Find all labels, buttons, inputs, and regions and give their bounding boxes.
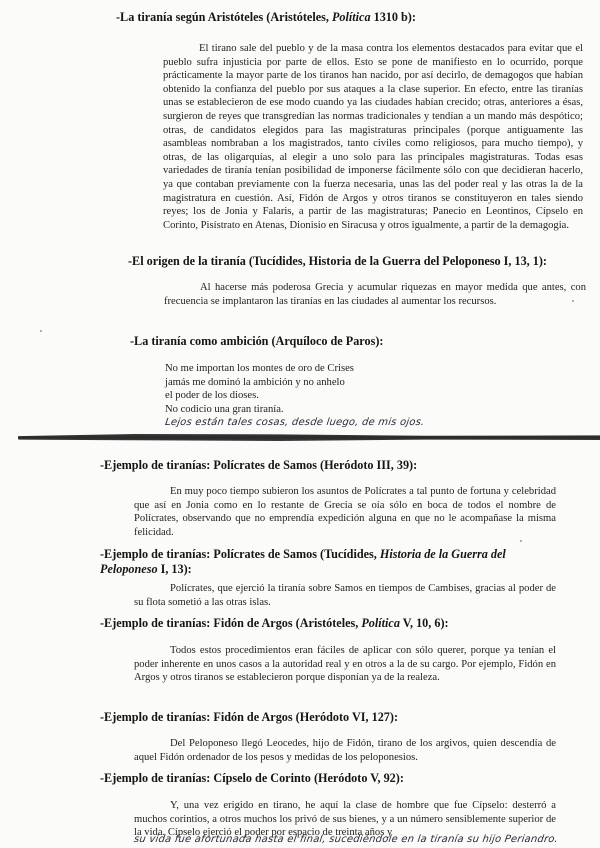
section-heading-fidon-aristoteles: -Ejemplo de tiranías: Fidón de Argos (Ar… <box>100 616 449 631</box>
heading-text: -La tiranía según Aristóteles (Aristótel… <box>116 10 332 24</box>
scan-speck <box>560 130 562 132</box>
heading-text: -Ejemplo de tiranías: Cípselo de Corinto… <box>100 771 404 785</box>
handwritten-annotation: Lejos están tales cosas, desde luego, de… <box>164 416 425 430</box>
section-paragraph-policrates-herodoto: En muy poco tiempo subieron los asuntos … <box>134 485 556 539</box>
section-heading-policrates-herodoto: -Ejemplo de tiranías: Polícrates de Samo… <box>100 458 417 473</box>
section-paragraph-fidon-herodoto: Del Peloponeso llegó Leocedes, hijo de F… <box>134 737 556 764</box>
heading-italic-text: Política <box>361 616 400 630</box>
section-paragraph-origen: Al hacerse más poderosa Grecia y acumula… <box>164 281 586 308</box>
heading-text: -Ejemplo de tiranías: Polícrates de Samo… <box>100 458 417 472</box>
heading-italic-text: Política <box>332 10 371 24</box>
verse-block: No me importan los montes de oro de Cris… <box>165 362 424 430</box>
heading-text: 1310 b): <box>371 10 416 24</box>
heading-text: -Ejemplo de tiranías: Fidón de Argos (He… <box>100 710 398 724</box>
heading-text: V, 10, 6): <box>400 616 449 630</box>
section-heading-policrates-tucidides: -Ejemplo de tiranías: Polícrates de Samo… <box>100 547 560 577</box>
section-paragraph-fidon-aristoteles: Todos estos procedimientos eran fáciles … <box>134 644 556 685</box>
heading-italic-text: Peloponeso <box>100 562 158 576</box>
paragraph-text: Polícrates, que ejerció la tiranía sobre… <box>134 583 556 608</box>
scan-speck <box>40 330 42 332</box>
verse-line: No codicio una gran tiranía. <box>165 403 424 417</box>
heading-text: I, 13): <box>158 562 192 576</box>
verse-line: jamás me dominó la ambición y no anhelo <box>165 376 424 390</box>
paragraph-text: Y, una vez erigido en tirano, he aquí la… <box>134 800 556 838</box>
handwritten-annotation: su vida fue afortunada hasta el final, s… <box>133 834 558 845</box>
paragraph-text: En muy poco tiempo subieron los asuntos … <box>134 486 556 538</box>
heading-text: -Ejemplo de tiranías: Fidón de Argos (Ar… <box>100 616 361 630</box>
heading-text: -Ejemplo de tiranías: Polícrates de Samo… <box>100 547 380 561</box>
paragraph-text: Al hacerse más poderosa Grecia y acumula… <box>164 282 586 307</box>
section-heading-fidon-herodoto: -Ejemplo de tiranías: Fidón de Argos (He… <box>100 710 398 725</box>
section-heading-ambicion: -La tiranía como ambición (Arquíloco de … <box>130 334 383 349</box>
heading-italic-text: Historia de la Guerra del <box>380 547 506 561</box>
paragraph-text: Todos estos procedimientos eran fáciles … <box>134 645 556 683</box>
heading-text: -El origen de la tiranía (Tucídides, His… <box>128 254 547 268</box>
heading-text: -La tiranía como ambición (Arquíloco de … <box>130 334 383 348</box>
section-paragraph-policrates-tucidides: Polícrates, que ejerció la tiranía sobre… <box>134 582 556 609</box>
scan-speck <box>520 540 522 542</box>
verse-line: No me importan los montes de oro de Cris… <box>165 362 424 376</box>
paragraph-text: El tirano sale del pueblo y de la masa c… <box>163 43 583 231</box>
scanned-document-page: -La tiranía según Aristóteles (Aristótel… <box>0 0 600 848</box>
section-paragraph-aristoteles: El tirano sale del pueblo y de la masa c… <box>163 42 583 232</box>
section-heading-origen: -El origen de la tiranía (Tucídides, His… <box>128 254 547 269</box>
paragraph-text: Del Peloponeso llegó Leocedes, hijo de F… <box>134 738 556 763</box>
verse-line: el poder de los dioses. <box>165 389 424 403</box>
scan-speck <box>572 300 574 302</box>
section-heading-aristoteles: -La tiranía según Aristóteles (Aristótel… <box>116 10 416 25</box>
section-heading-cipselo: -Ejemplo de tiranías: Cípselo de Corinto… <box>100 771 404 786</box>
page-divider-line <box>18 434 600 441</box>
